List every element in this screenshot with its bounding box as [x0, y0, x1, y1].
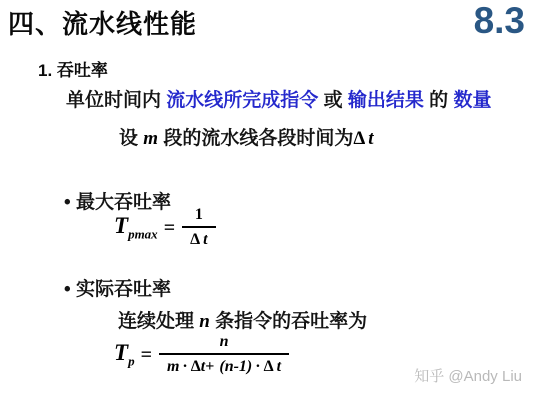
equals-sign: =: [141, 345, 152, 365]
fraction-numerator: n: [159, 334, 289, 353]
desc-text: 连续处理: [118, 311, 199, 332]
variable-n: n: [199, 311, 210, 332]
subscript-p: p: [128, 354, 135, 369]
delta-symbol: Δ: [353, 128, 365, 149]
definition-line: 单位时间内 流水线所完成指令 或 输出结果 的 数量: [66, 85, 491, 112]
definition-text: 的: [424, 90, 454, 111]
delta-symbol: Δ: [264, 358, 274, 375]
fraction-denominator: Δt: [182, 226, 215, 248]
equals-sign: =: [164, 218, 175, 238]
fraction-numerator: 1: [182, 207, 215, 226]
fraction: n m·Δt+(n-1)·Δt: [159, 334, 289, 375]
multiply-dot: ·: [255, 358, 260, 375]
fraction-denominator: m·Δt+(n-1)·Δt: [159, 353, 289, 375]
assumption-text: 段的流水线各段时间为: [158, 128, 353, 149]
item-title: 吞吐率: [57, 61, 108, 80]
highlight-output-results: 输出结果: [348, 90, 424, 111]
delta-symbol: Δ: [190, 231, 200, 248]
assumption-line: 设 m 段的流水线各段时间为Δt: [119, 123, 374, 150]
item-heading: 1. 吞吐率: [38, 56, 108, 81]
variable-t: t: [203, 231, 207, 248]
assumption-text: 设: [119, 128, 143, 149]
bullet-icon: •: [64, 192, 71, 213]
highlight-quantity: 数量: [453, 90, 491, 111]
formula-lhs: Tpmax: [114, 214, 158, 241]
n-minus-1: (n-1): [219, 358, 252, 375]
definition-text: 或: [318, 90, 348, 111]
variable-t: t: [368, 128, 373, 149]
delta-symbol: Δ: [191, 358, 201, 375]
highlight-completed-instructions: 流水线所完成指令: [166, 90, 318, 111]
variable-m: m: [167, 358, 179, 375]
multiply-dot: ·: [182, 358, 187, 375]
symbol-T: T: [114, 340, 128, 365]
page-number: 8.3: [474, 0, 525, 42]
fraction: 1 Δt: [182, 207, 215, 248]
actual-throughput-label: 实际吞吐率: [76, 279, 171, 300]
formula-lhs: Tp: [114, 341, 135, 368]
actual-throughput-bullet: • 实际吞吐率: [64, 274, 171, 301]
definition-text: 单位时间内: [66, 90, 166, 111]
slide-title: 四、流水线性能: [8, 4, 197, 41]
plus-sign: +: [205, 358, 214, 375]
desc-text: 条指令的吞吐率为: [210, 311, 367, 332]
max-throughput-formula: Tpmax = 1 Δt: [114, 207, 216, 248]
actual-throughput-desc: 连续处理 n 条指令的吞吐率为: [118, 306, 367, 333]
bullet-icon: •: [64, 279, 71, 300]
actual-throughput-formula: Tp = n m·Δt+(n-1)·Δt: [114, 334, 289, 375]
item-number: 1.: [38, 61, 52, 80]
variable-t: t: [277, 358, 281, 375]
subscript-pmax: pmax: [128, 227, 158, 242]
zhihu-watermark: 知乎 @Andy Liu: [414, 365, 522, 386]
symbol-T: T: [114, 213, 128, 238]
lecture-slide: 四、流水线性能 8.3 1. 吞吐率 单位时间内 流水线所完成指令 或 输出结果…: [0, 0, 534, 398]
variable-m: m: [143, 128, 158, 149]
